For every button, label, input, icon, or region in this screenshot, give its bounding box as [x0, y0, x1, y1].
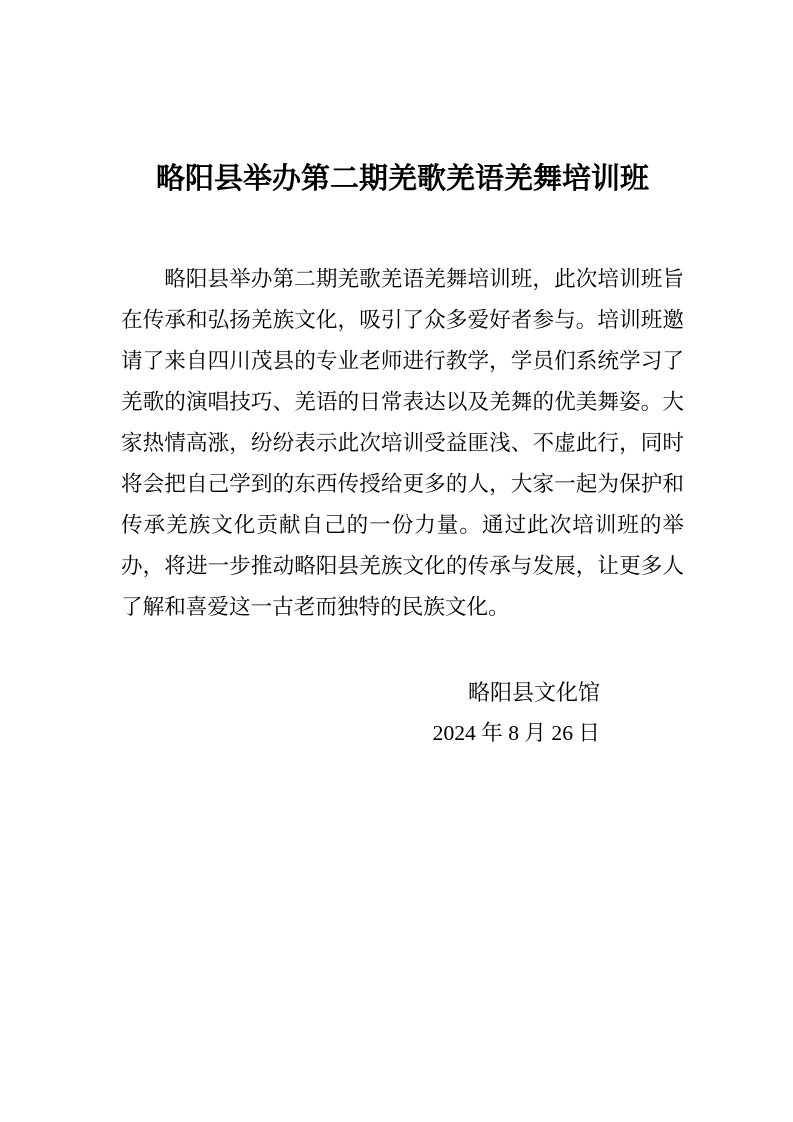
- document-page: 略阳县举办第二期羌歌羌语羌舞培训班 略阳县举办第二期羌歌羌语羌舞培训班，此次培训…: [0, 0, 793, 1122]
- signature-date: 2024 年 8 月 26 日: [121, 713, 600, 754]
- signature-block: 略阳县文化馆 2024 年 8 月 26 日: [121, 672, 684, 754]
- body-paragraph: 略阳县举办第二期羌歌羌语羌舞培训班，此次培训班旨在传承和弘扬羌族文化，吸引了众多…: [121, 259, 684, 628]
- document-title: 略阳县举办第二期羌歌羌语羌舞培训班: [121, 157, 684, 201]
- signature-organization: 略阳县文化馆: [121, 672, 600, 713]
